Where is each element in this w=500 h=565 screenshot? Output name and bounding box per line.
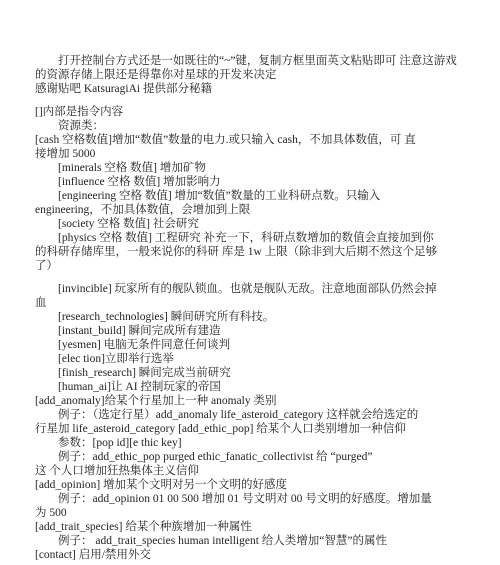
text-line: [add_opinion] 增加某个文明对另一个文明的好感度: [35, 478, 466, 492]
text-line: [add_anomaly]给某个行星加上一种 anomaly 类别: [35, 394, 466, 408]
text-line: 接增加 5000: [35, 147, 466, 161]
text-line: [instant_build] 瞬间完成所有建造: [35, 324, 466, 338]
text-line: [finish_research] 瞬间完成当前研究: [35, 366, 466, 380]
text-line: [engineering 空格 数值] 增加“数值”数量的工业科研点数。只输入: [35, 189, 466, 203]
text-line: 行星加 life_asteroid_category [add_ethic_po…: [35, 422, 466, 436]
text-line: 打开控制台方式还是一如既往的“~”键，复制方框里面英文粘贴即可 注意这游戏: [35, 54, 466, 68]
text-line: [contact] 启用/禁用外交: [35, 548, 466, 562]
text-line: [invincible] 玩家所有的舰队锁血。也就是舰队无敌。注意地面部队仍然会…: [35, 282, 466, 296]
text-line: 资源类：: [35, 119, 466, 133]
text-line: [yesmen] 电脑无条件同意任何谈判: [35, 338, 466, 352]
text-line: [elec tion]立即举行选举: [35, 352, 466, 366]
paragraph-gap: [35, 273, 466, 282]
text-line: [society 空格 数值] 社会研究: [35, 217, 466, 231]
document-page: 打开控制台方式还是一如既往的“~”键，复制方框里面英文粘贴即可 注意这游戏的资源…: [0, 0, 500, 565]
text-line: 血: [35, 296, 466, 310]
text-line: 的科研存储库里，一般来说你的科研 库是 1w 上限（除非到大后期不然这个足够: [35, 245, 466, 259]
text-line: 例子：add_ethic_pop purged ethic_fanatic_co…: [35, 450, 466, 464]
text-line: 这 个人口增加狂热集体主义信仰: [35, 464, 466, 478]
text-line: 了）: [35, 259, 466, 273]
text-line: 例子：（选定行星）add_anomaly life_asteroid_categ…: [35, 408, 466, 422]
text-line: 为 500: [35, 506, 466, 520]
text-line: [physics 空格 数值] 工程研究 补充一下，科研点数增加的数值会直接加到…: [35, 231, 466, 245]
text-line: 例子：add_opinion 01 00 500 增加 01 号文明对 00 号…: [35, 492, 466, 506]
text-line: [minerals 空格 数值] 增加矿物: [35, 161, 466, 175]
text-line: []内部是指令内容: [35, 105, 466, 119]
paragraph-gap: [35, 96, 466, 105]
text-line: 的资源存储上限还是得靠你对星球的开发来决定: [35, 68, 466, 82]
text-line: 例子： add_trait_species human intelligent …: [35, 534, 466, 548]
text-line: 参数：[pop id][e thic key]: [35, 436, 466, 450]
text-line: [research_technologies] 瞬间研究所有科技。: [35, 310, 466, 324]
text-line: [human_ai]让 AI 控制玩家的帝国: [35, 380, 466, 394]
text-line: [cash 空格数值]增加“数值”数量的电力.或只输入 cash，不加具体数值，…: [35, 133, 466, 147]
text-line: [influence 空格 数值] 增加影响力: [35, 175, 466, 189]
text-line: 感谢贴吧 KatsuragiAi 提供部分秘籍: [35, 82, 466, 96]
text-line: engineering，不加具体数值，会增加到上限: [35, 203, 466, 217]
text-line: [add_trait_species] 给某个种族增加一种属性: [35, 520, 466, 534]
